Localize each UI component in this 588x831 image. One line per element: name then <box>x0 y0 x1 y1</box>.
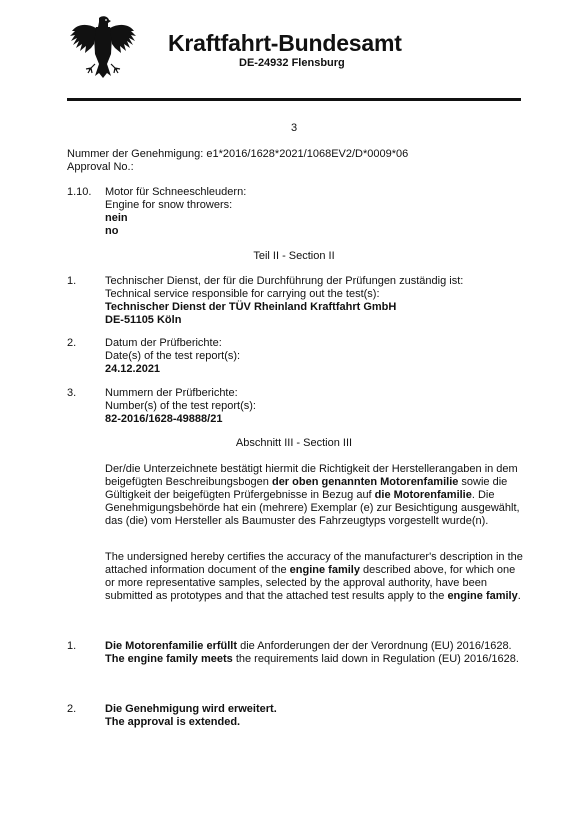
item-number: 2. <box>67 337 76 350</box>
statement-de: Die Genehmigung wird erweitert. <box>105 703 525 716</box>
approval-label-de: Nummer der Genehmigung: <box>67 148 203 160</box>
federal-eagle-icon <box>69 14 137 80</box>
page-number: 3 <box>0 122 588 135</box>
text: . <box>518 590 521 602</box>
item-value: 24.12.2021 <box>105 363 525 376</box>
approval-value: e1*2016/1628*2021/1068EV2/D*0009*06 <box>206 148 408 160</box>
item-value: Technischer Dienst der TÜV Rheinland Kra… <box>105 301 525 314</box>
item-number: 3. <box>67 387 76 400</box>
test-report-number-item: Nummern der Prüfberichte: Number(s) of t… <box>105 387 525 426</box>
certification-paragraph-en: The undersigned hereby certifies the acc… <box>105 551 525 603</box>
item-number: 1.10. <box>67 186 91 199</box>
header-divider <box>67 98 521 101</box>
bold-text: The engine family meets <box>105 653 233 665</box>
text: the requirements laid down in Regulation… <box>233 653 519 665</box>
statement-en: The engine family meets the requirements… <box>105 653 525 666</box>
item-value-en: no <box>105 225 525 238</box>
item-label-de: Datum der Prüfberichte: <box>105 337 525 350</box>
test-report-date-item: Datum der Prüfberichte: Date(s) of the t… <box>105 337 525 376</box>
item-label-de: Motor für Schneeschleudern: <box>105 186 525 199</box>
item-value-de: nein <box>105 212 525 225</box>
text: die Anforderungen der der Verordnung (EU… <box>237 640 512 652</box>
bold-text: der oben genannten Motorenfamilie <box>272 476 458 488</box>
section-heading: Abschnitt III - Section III <box>0 437 588 450</box>
item-number: 2. <box>67 703 76 716</box>
item-label-de: Nummern der Prüfberichte: <box>105 387 525 400</box>
item-label-de: Technischer Dienst, der für die Durchfüh… <box>105 275 525 288</box>
bold-text: engine family <box>447 590 517 602</box>
item-label-en: Engine for snow throwers: <box>105 199 525 212</box>
statement-en: The approval is extended. <box>105 716 525 729</box>
item-value: DE-51105 Köln <box>105 314 525 327</box>
item-label-en: Technical service responsible for carryi… <box>105 288 525 301</box>
item-value: 82-2016/1628-49888/21 <box>105 413 525 426</box>
compliance-statement: Die Motorenfamilie erfüllt die Anforderu… <box>105 640 525 666</box>
item-1-10: Motor für Schneeschleudern: Engine for s… <box>105 186 525 238</box>
certification-paragraph-de: Der/die Unterzeichnete bestätigt hiermit… <box>105 463 525 528</box>
authority-title: Kraftfahrt-Bundesamt <box>168 30 402 56</box>
approval-label-en: Approval No.: <box>67 161 134 174</box>
item-label-en: Number(s) of the test report(s): <box>105 400 525 413</box>
item-number: 1. <box>67 275 76 288</box>
bold-text: Die Motorenfamilie erfüllt <box>105 640 237 652</box>
approval-number: Nummer der Genehmigung: e1*2016/1628*202… <box>67 148 408 161</box>
section-heading: Teil II - Section II <box>0 250 588 263</box>
extension-statement: Die Genehmigung wird erweitert. The appr… <box>105 703 525 729</box>
technical-service-item: Technischer Dienst, der für die Durchfüh… <box>105 275 525 327</box>
bold-text: die Motorenfamilie <box>375 489 472 501</box>
bold-text: engine family <box>290 564 360 576</box>
item-label-en: Date(s) of the test report(s): <box>105 350 525 363</box>
statement-de: Die Motorenfamilie erfüllt die Anforderu… <box>105 640 525 653</box>
authority-address: DE-24932 Flensburg <box>239 57 345 70</box>
item-number: 1. <box>67 640 76 653</box>
